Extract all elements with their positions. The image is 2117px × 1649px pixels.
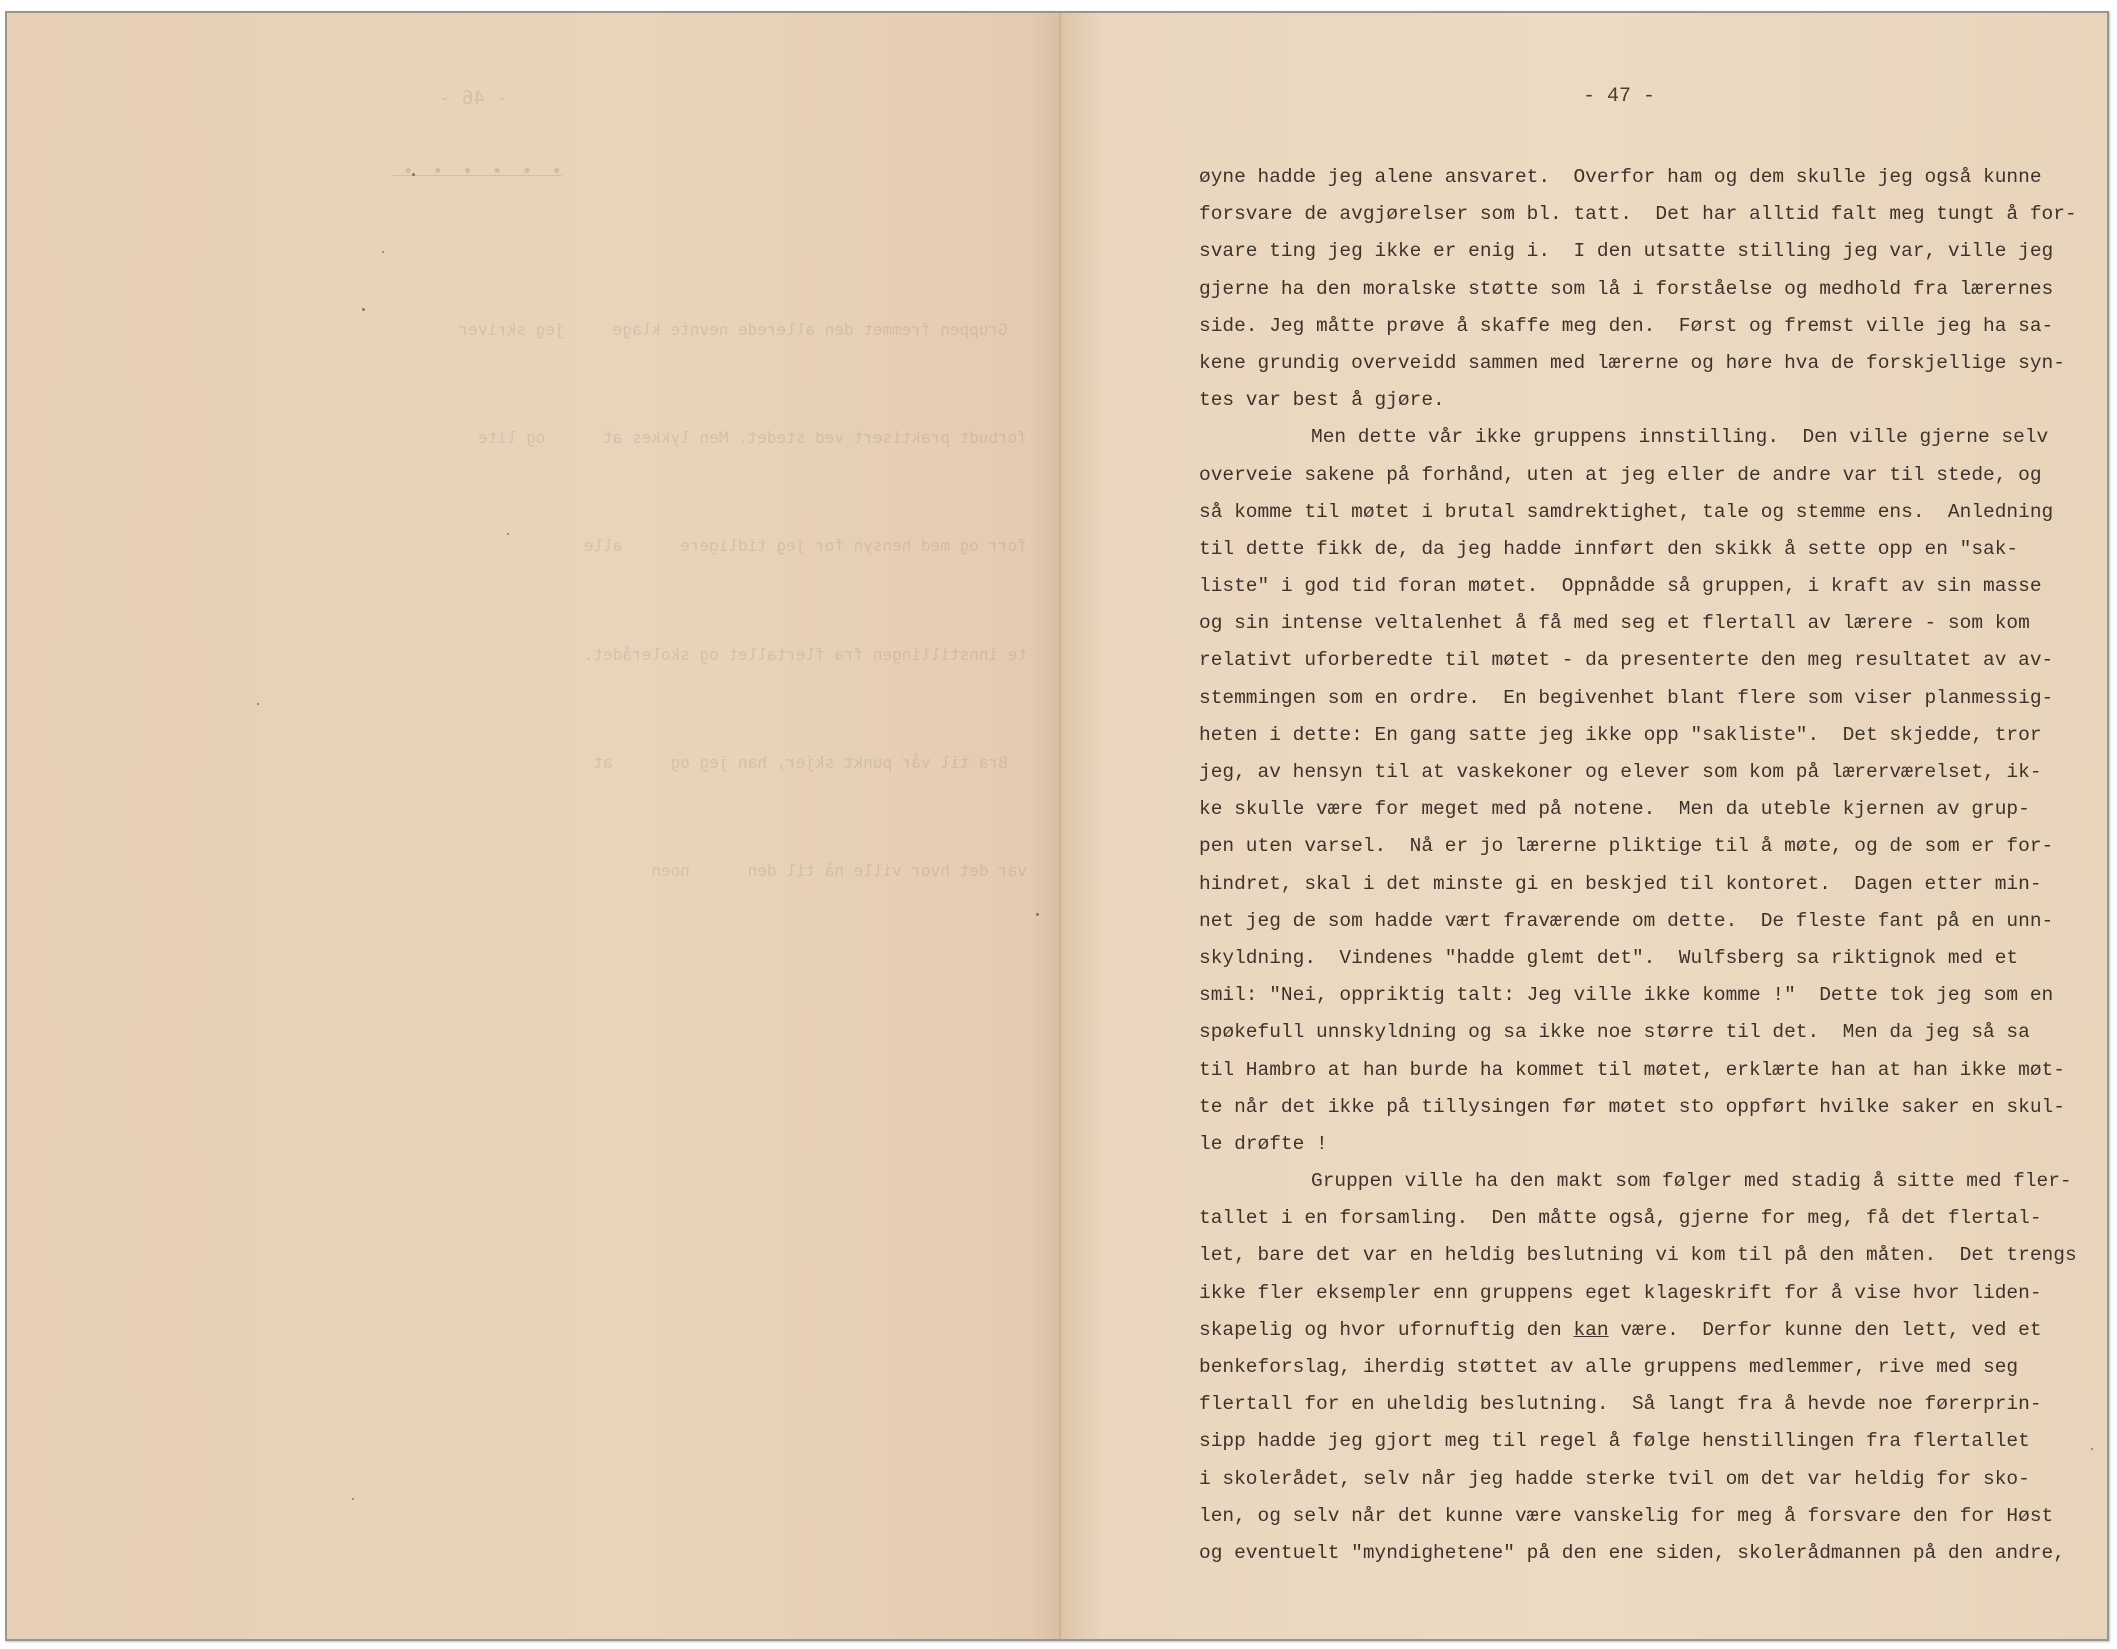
showthrough-line: Gruppen fremmet den allerede nevnte klag… bbox=[57, 312, 1027, 349]
text-line: ke skulle være for meget med på notene. … bbox=[1199, 791, 2117, 828]
left-page-heading-showthrough: • • • • • • bbox=[392, 161, 562, 176]
showthrough-line: te innstillingen fra flertallet og skole… bbox=[57, 637, 1027, 674]
text-line: heten i dette: En gang satte jeg ikke op… bbox=[1199, 717, 2117, 754]
left-page: - 46 - • • • • • • Gruppen fremmet den a… bbox=[7, 13, 1059, 1639]
text-line: tallet i en forsamling. Den måtte også, … bbox=[1199, 1200, 2117, 1237]
paper-speck bbox=[1036, 913, 1039, 916]
text-line: len, og selv når det kunne være vanskeli… bbox=[1199, 1498, 2117, 1535]
text-line: spøkefull unnskyldning og sa ikke noe st… bbox=[1199, 1014, 2117, 1051]
text-line: forsvare de avgjørelser som bl. tatt. De… bbox=[1199, 196, 2117, 233]
text-line: Gruppen ville ha den makt som følger med… bbox=[1199, 1163, 2117, 1200]
right-page: - 47 - øyne hadde jeg alene ansvaret. Ov… bbox=[1061, 13, 2107, 1639]
paper-speck bbox=[362, 308, 365, 311]
text-line-with-underline: skapelig og hvor ufornuftig den kan være… bbox=[1199, 1312, 2117, 1349]
text-line: gjerne ha den moralske støtte som lå i f… bbox=[1199, 271, 2117, 308]
page-number: - 47 - bbox=[1061, 85, 2107, 108]
text-line: og sin intense veltalenhet å få med seg … bbox=[1199, 605, 2117, 642]
paper-speck bbox=[412, 173, 415, 176]
text-line: smil: "Nei, oppriktig talt: Jeg ville ik… bbox=[1199, 977, 2117, 1014]
text-segment: være. Derfor kunne den lett, ved et bbox=[1609, 1319, 2042, 1341]
text-line: te når det ikke på tillysingen før møtet… bbox=[1199, 1089, 2117, 1126]
paper-speck bbox=[2091, 1448, 2093, 1450]
showthrough-line: Bra til vår punkt skjer, han jeg og at bbox=[57, 745, 1027, 782]
paper-speck bbox=[507, 533, 509, 535]
text-line: hindret, skal i det minste gi en beskjed… bbox=[1199, 866, 2117, 903]
text-line: skyldning. Vindenes "hadde glemt det". W… bbox=[1199, 940, 2117, 977]
text-line: i skolerådet, selv når jeg hadde sterke … bbox=[1199, 1461, 2117, 1498]
text-line: relativt uforberedte til møtet - da pres… bbox=[1199, 642, 2117, 679]
text-segment: skapelig og hvor ufornuftig den bbox=[1199, 1319, 1573, 1341]
text-line: pen uten varsel. Nå er jo lærerne plikti… bbox=[1199, 828, 2117, 865]
text-line: til dette fikk de, da jeg hadde innført … bbox=[1199, 531, 2117, 568]
text-line: jeg, av hensyn til at vaskekoner og elev… bbox=[1199, 754, 2117, 791]
text-line: net jeg de som hadde vært fraværende om … bbox=[1199, 903, 2117, 940]
text-line: til Hambro at han burde ha kommet til mø… bbox=[1199, 1052, 2117, 1089]
paper-speck bbox=[257, 703, 259, 705]
text-line: sipp hadde jeg gjort meg til regel å føl… bbox=[1199, 1423, 2117, 1460]
text-line: ikke fler eksempler enn gruppens eget kl… bbox=[1199, 1275, 2117, 1312]
text-line: flertall for en uheldig beslutning. Så l… bbox=[1199, 1386, 2117, 1423]
text-line: kene grundig overveidd sammen med lærern… bbox=[1199, 345, 2117, 382]
book-spread: - 46 - • • • • • • Gruppen fremmet den a… bbox=[5, 11, 2109, 1641]
text-line: så komme til møtet i brutal samdrektighe… bbox=[1199, 494, 2117, 531]
showthrough-line: forbudt praktisert ved stedet. Men lykke… bbox=[57, 420, 1027, 457]
text-line: benkeforslag, iherdig støttet av alle gr… bbox=[1199, 1349, 2117, 1386]
showthrough-line: var det hvor ville nå til den noen bbox=[57, 853, 1027, 890]
paragraph-3: Gruppen ville ha den makt som følger med… bbox=[1199, 1163, 2117, 1572]
text-line: tes var best å gjøre. bbox=[1199, 382, 2117, 419]
paper-speck bbox=[352, 1498, 354, 1500]
paper-speck bbox=[382, 251, 384, 253]
paragraph-1: øyne hadde jeg alene ansvaret. Overfor h… bbox=[1199, 159, 2117, 419]
text-line: stemmingen som en ordre. En begivenhet b… bbox=[1199, 680, 2117, 717]
text-line: Men dette vår ikke gruppens innstilling.… bbox=[1199, 419, 2117, 456]
left-page-showthrough-text: Gruppen fremmet den allerede nevnte klag… bbox=[57, 241, 1027, 961]
text-line: liste" i god tid foran møtet. Oppnådde s… bbox=[1199, 568, 2117, 605]
text-line: let, bare det var en heldig beslutning v… bbox=[1199, 1237, 2117, 1274]
page-body-text: øyne hadde jeg alene ansvaret. Overfor h… bbox=[1199, 159, 2117, 1572]
left-page-number-showthrough: - 46 - bbox=[439, 87, 508, 109]
text-line: og eventuelt "myndighetene" på den ene s… bbox=[1199, 1535, 2117, 1572]
text-line: le drøfte ! bbox=[1199, 1126, 2117, 1163]
text-line: øyne hadde jeg alene ansvaret. Overfor h… bbox=[1199, 159, 2117, 196]
underlined-word: kan bbox=[1573, 1319, 1608, 1341]
text-line: side. Jeg måtte prøve å skaffe meg den. … bbox=[1199, 308, 2117, 345]
paragraph-2: Men dette vår ikke gruppens innstilling.… bbox=[1199, 419, 2117, 1163]
text-line: svare ting jeg ikke er enig i. I den uts… bbox=[1199, 233, 2117, 270]
text-line: overveie sakene på forhånd, uten at jeg … bbox=[1199, 457, 2117, 494]
showthrough-line: forr og med hensyn for jeg tidligere all… bbox=[57, 528, 1027, 565]
